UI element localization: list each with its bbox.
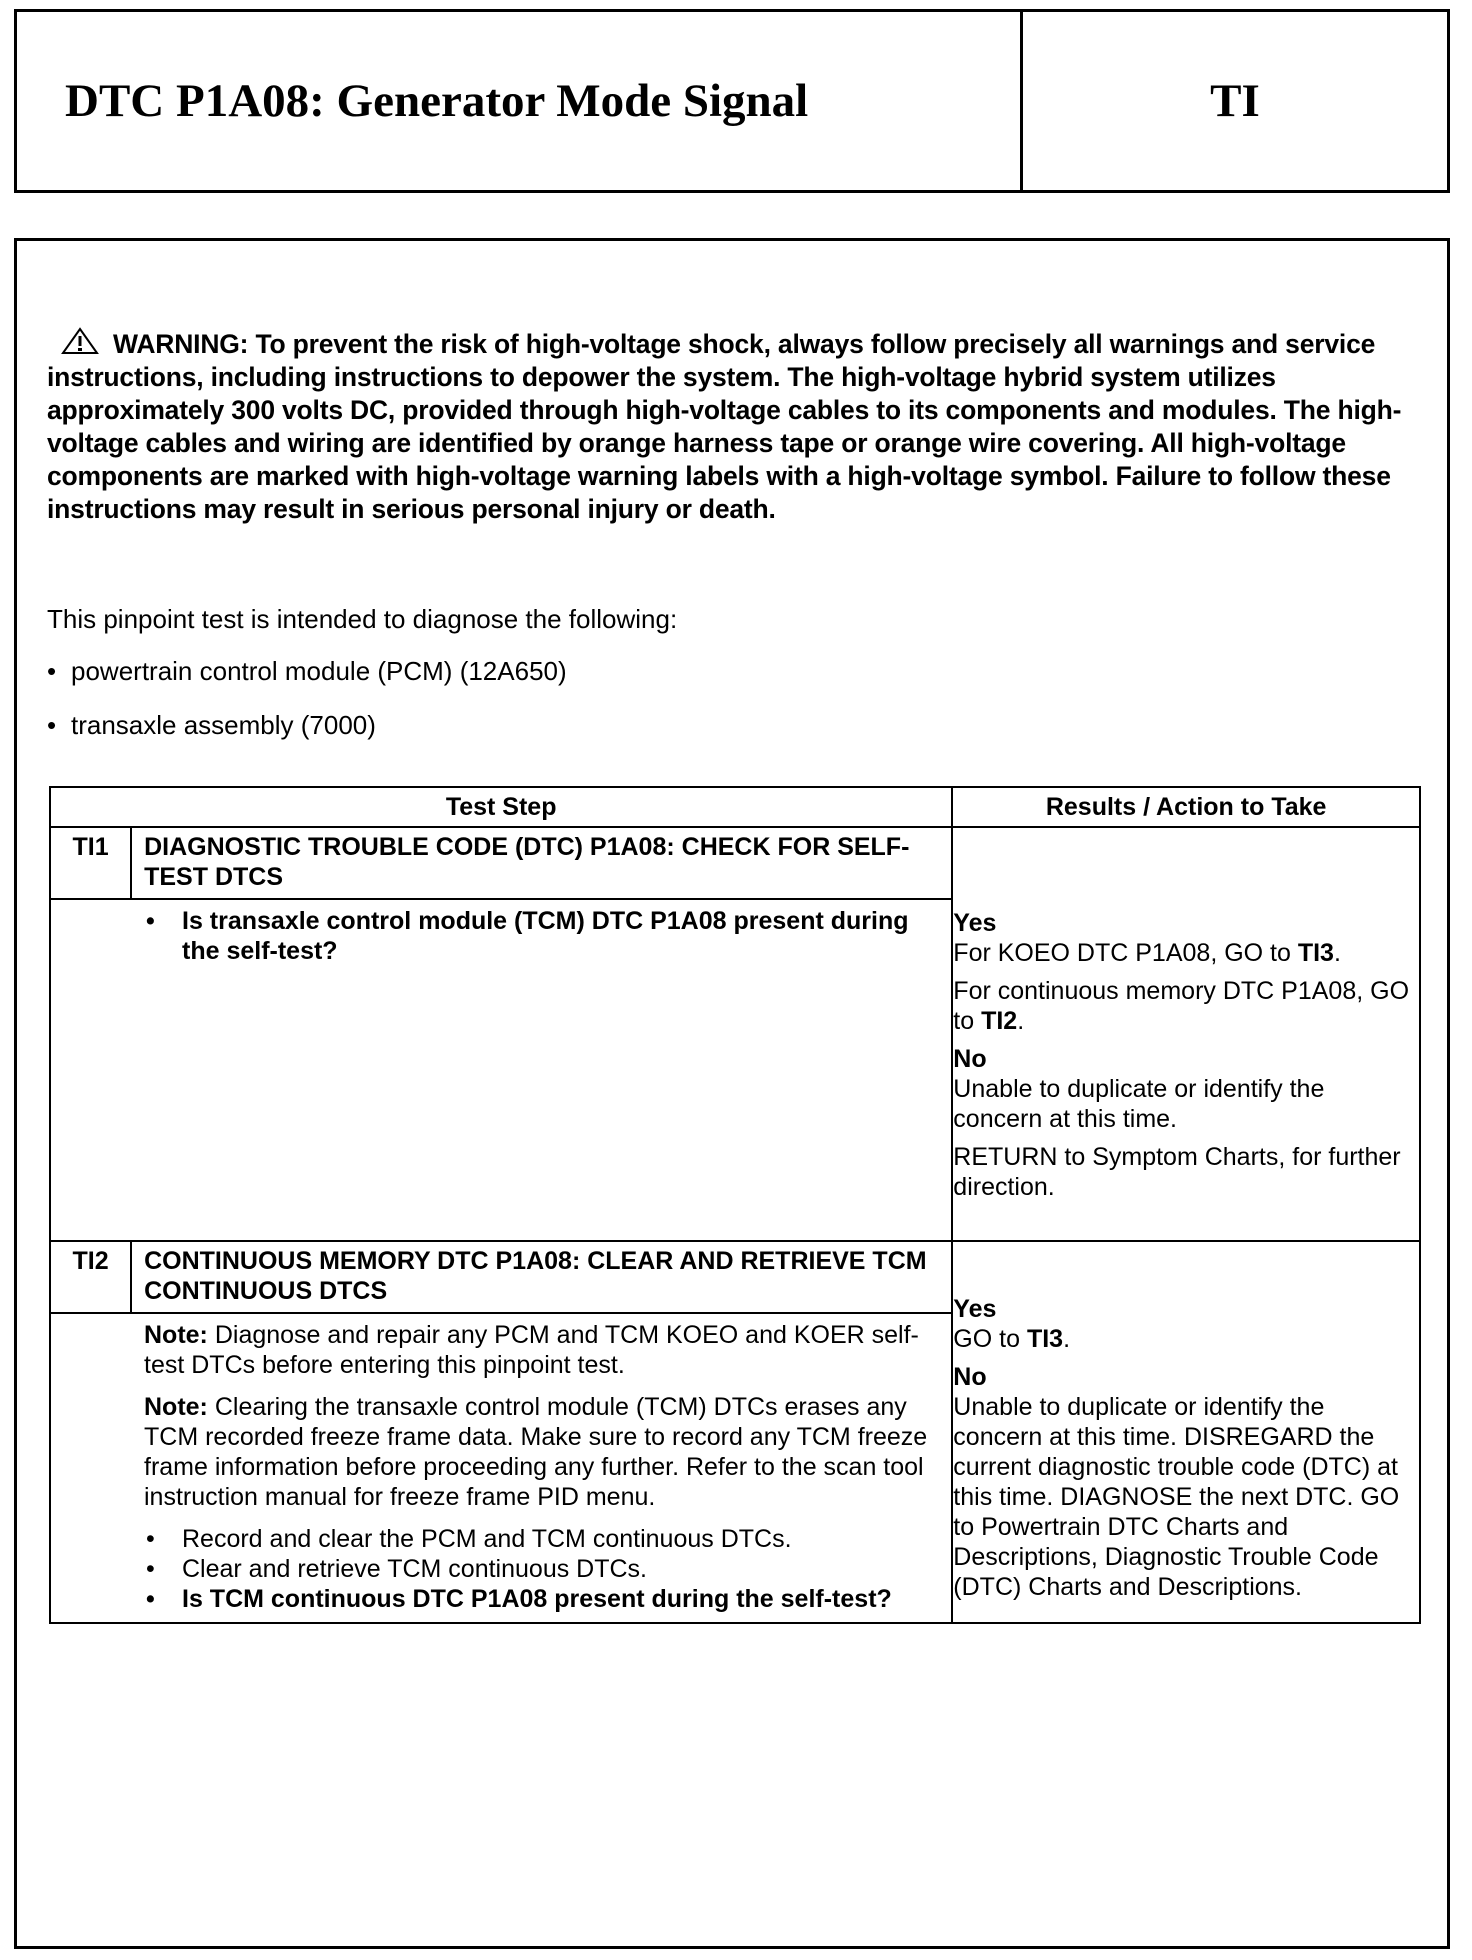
step-title: DIAGNOSTIC TROUBLE CODE (DTC) P1A08: CHE… xyxy=(131,827,952,899)
step-id: TI2 xyxy=(50,1241,131,1313)
content-frame: WARNING: To prevent the risk of high-vol… xyxy=(14,238,1450,1949)
note: Note: Clearing the transaxle control mod… xyxy=(144,1392,939,1512)
page-header: DTC P1A08: Generator Mode Signal TI xyxy=(14,9,1450,193)
warning-block: WARNING: To prevent the risk of high-vol… xyxy=(47,327,1427,526)
step-body: Is transaxle control module (TCM) DTC P1… xyxy=(50,899,952,1241)
step-question: Is transaxle control module (TCM) DTC P1… xyxy=(142,906,939,966)
result-line: For continuous memory DTC P1A08, GO to T… xyxy=(953,976,1419,1036)
table-header-row: Test Step Results / Action to Take xyxy=(50,787,1420,827)
step-results: Yes For KOEO DTC P1A08, GO to TI3. For c… xyxy=(952,827,1420,1241)
no-label: No xyxy=(953,1044,1419,1074)
step-instruction: Clear and retrieve TCM continuous DTCs. xyxy=(142,1554,939,1584)
no-label: No xyxy=(953,1362,1419,1392)
column-header-results: Results / Action to Take xyxy=(952,787,1420,827)
step-results: Yes GO to TI3. No Unable to duplicate or… xyxy=(952,1241,1420,1623)
step-body: Note: Diagnose and repair any PCM and TC… xyxy=(50,1313,952,1623)
yes-label: Yes xyxy=(953,1294,1419,1324)
table-row: TI2 CONTINUOUS MEMORY DTC P1A08: CLEAR A… xyxy=(50,1241,1420,1313)
result-line: RETURN to Symptom Charts, for further di… xyxy=(953,1142,1419,1202)
diagnosed-components-list: •powertrain control module (PCM) (12A650… xyxy=(47,655,567,763)
page-title: DTC P1A08: Generator Mode Signal xyxy=(17,12,1023,190)
step-link[interactable]: TI3 xyxy=(1298,939,1334,967)
list-item: •powertrain control module (PCM) (12A650… xyxy=(47,655,567,709)
pinpoint-test-table: Test Step Results / Action to Take TI1 D… xyxy=(49,786,1421,1624)
table-row: TI1 DIAGNOSTIC TROUBLE CODE (DTC) P1A08:… xyxy=(50,827,1420,899)
warning-triangle-icon xyxy=(61,327,99,355)
step-link[interactable]: TI2 xyxy=(981,1007,1017,1035)
result-line: For KOEO DTC P1A08, GO to TI3. xyxy=(953,938,1419,968)
list-item: •transaxle assembly (7000) xyxy=(47,709,567,763)
step-id: TI1 xyxy=(50,827,131,899)
note: Note: Diagnose and repair any PCM and TC… xyxy=(144,1320,939,1380)
column-header-test-step: Test Step xyxy=(50,787,952,827)
warning-text: WARNING: To prevent the risk of high-vol… xyxy=(47,329,1401,524)
section-code: TI xyxy=(1023,12,1447,190)
step-title: CONTINUOUS MEMORY DTC P1A08: CLEAR AND R… xyxy=(131,1241,952,1313)
result-line: GO to TI3. xyxy=(953,1324,1419,1354)
intro-text: This pinpoint test is intended to diagno… xyxy=(47,603,677,635)
step-link[interactable]: TI3 xyxy=(1027,1325,1063,1353)
step-question: Is TCM continuous DTC P1A08 present duri… xyxy=(142,1584,939,1614)
yes-label: Yes xyxy=(953,908,1419,938)
result-line: Unable to duplicate or identify the conc… xyxy=(953,1074,1419,1134)
step-instruction: Record and clear the PCM and TCM continu… xyxy=(142,1524,939,1554)
result-line: Unable to duplicate or identify the conc… xyxy=(953,1392,1419,1602)
